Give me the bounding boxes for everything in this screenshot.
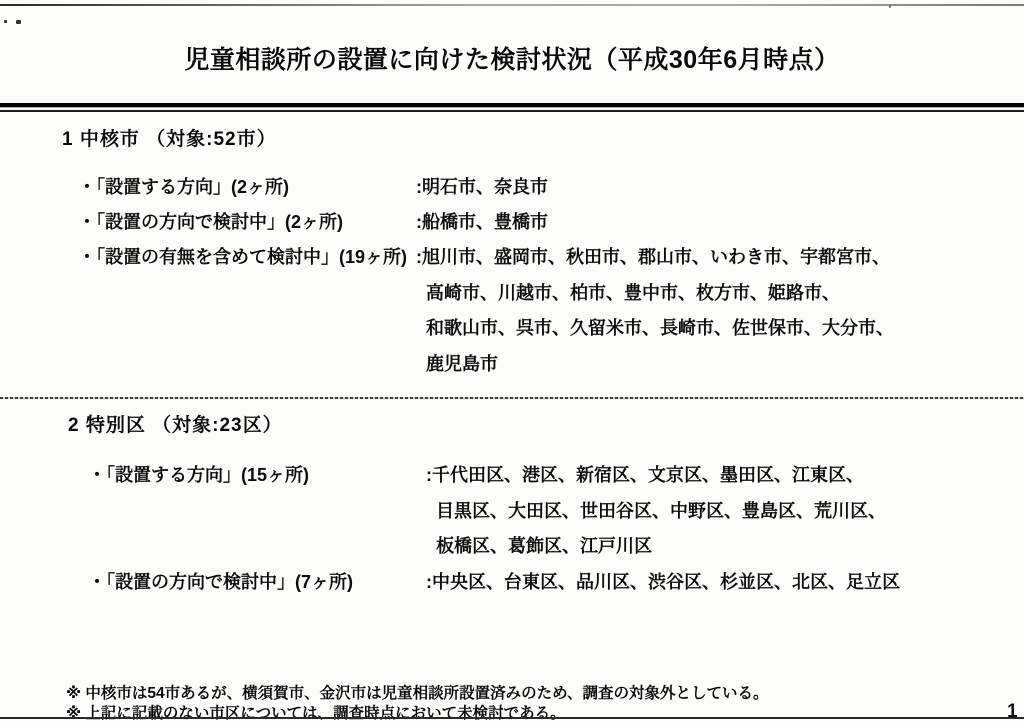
scan-speck: [16, 20, 21, 24]
title-underline-thin: [0, 110, 1024, 112]
list-item: ・「設置する方向」(2ヶ所) :明石市、奈良市: [78, 170, 548, 206]
item-label: ・「設置する方向」(2ヶ所): [78, 170, 416, 206]
scan-edge-line: [0, 4, 1024, 6]
item-value: :明石市、奈良市: [416, 170, 548, 206]
section-divider: [0, 397, 1024, 399]
item-label: ・「設置の方向で検討中」(2ヶ所): [78, 205, 416, 241]
section-core-cities-heading: 1 中核市 （対象:52市）: [62, 128, 277, 152]
scan-speck: [4, 20, 7, 23]
list-item: ・「設置する方向」(15ヶ所) :千代田区、港区、新宿区、文京区、墨田区、江東区…: [88, 458, 886, 565]
item-label: ・「設置する方向」(15ヶ所): [88, 458, 426, 494]
item-value: :船橋市、豊橋市: [416, 205, 548, 241]
footnote: ※ 中核市は54市あるが、横須賀市、金沢市は児童相談所設置済みのため、調査の対象…: [66, 684, 769, 704]
item-label: ・「設置の方向で検討中」(7ヶ所): [88, 565, 426, 601]
footnote: ※ 上記に記載のない市区については、調査時点において未検討である。: [66, 704, 566, 724]
list-item: ・「設置の方向で検討中」(2ヶ所) :船橋市、豊橋市: [78, 205, 548, 241]
item-value: :中央区、台東区、品川区、渋谷区、杉並区、北区、足立区: [426, 565, 900, 601]
document-page: 児童相談所の設置に向けた検討状況（平成30年6月時点） 1 中核市 （対象:52…: [0, 0, 1024, 726]
list-item: ・「設置の有無を含めて検討中」(19ヶ所) :旭川市、盛岡市、秋田市、郡山市、い…: [78, 240, 894, 382]
bottom-rule: [0, 717, 1024, 719]
item-value: :旭川市、盛岡市、秋田市、郡山市、いわき市、宇都宮市、 高崎市、川越市、柏市、豊…: [416, 240, 894, 382]
item-value: :千代田区、港区、新宿区、文京区、墨田区、江東区、 目黒区、大田区、世田谷区、中…: [426, 458, 886, 565]
title-underline-thick: [0, 103, 1024, 107]
page-number: 1: [1007, 701, 1018, 723]
list-item: ・「設置の方向で検討中」(7ヶ所) :中央区、台東区、品川区、渋谷区、杉並区、北…: [88, 565, 900, 601]
scan-speck: [889, 4, 891, 8]
section-special-wards-heading: 2 特別区 （対象:23区）: [68, 414, 283, 438]
page-title: 児童相談所の設置に向けた検討状況（平成30年6月時点）: [0, 44, 1024, 76]
item-label: ・「設置の有無を含めて検討中」(19ヶ所): [78, 240, 416, 276]
